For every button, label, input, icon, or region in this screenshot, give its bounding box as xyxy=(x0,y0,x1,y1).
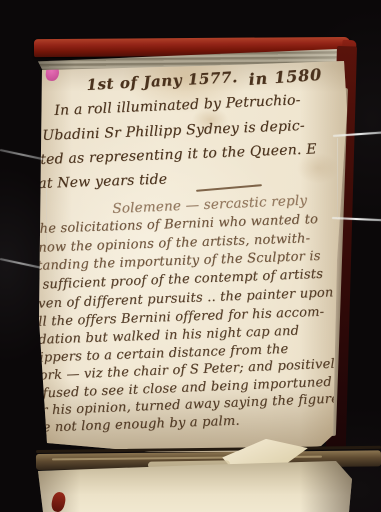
conservation-thread-left-lower xyxy=(0,258,41,268)
handwriting-line: at New years tide xyxy=(38,171,167,191)
handwriting-heading-year: in 1580 xyxy=(248,65,323,89)
handwriting-heading-date: 1st of Jany 1577. xyxy=(86,68,238,94)
manuscript-page: 1st of Jany 1577. in 1580 In a roll illu… xyxy=(0,0,381,512)
handwriting-line: ted as representing it to the Queen. E xyxy=(40,141,317,168)
handwriting-line: Ubadini Sr Phillipp Sydney is depic- xyxy=(42,118,305,144)
pen-stroke-underline xyxy=(196,184,262,192)
conservation-thread-left-upper xyxy=(0,149,44,160)
handwriting-line: In a roll illuminated by Petruchio- xyxy=(54,92,301,119)
notebook-photograph: 1st of Jany 1577. in 1580 In a roll illu… xyxy=(0,0,381,512)
